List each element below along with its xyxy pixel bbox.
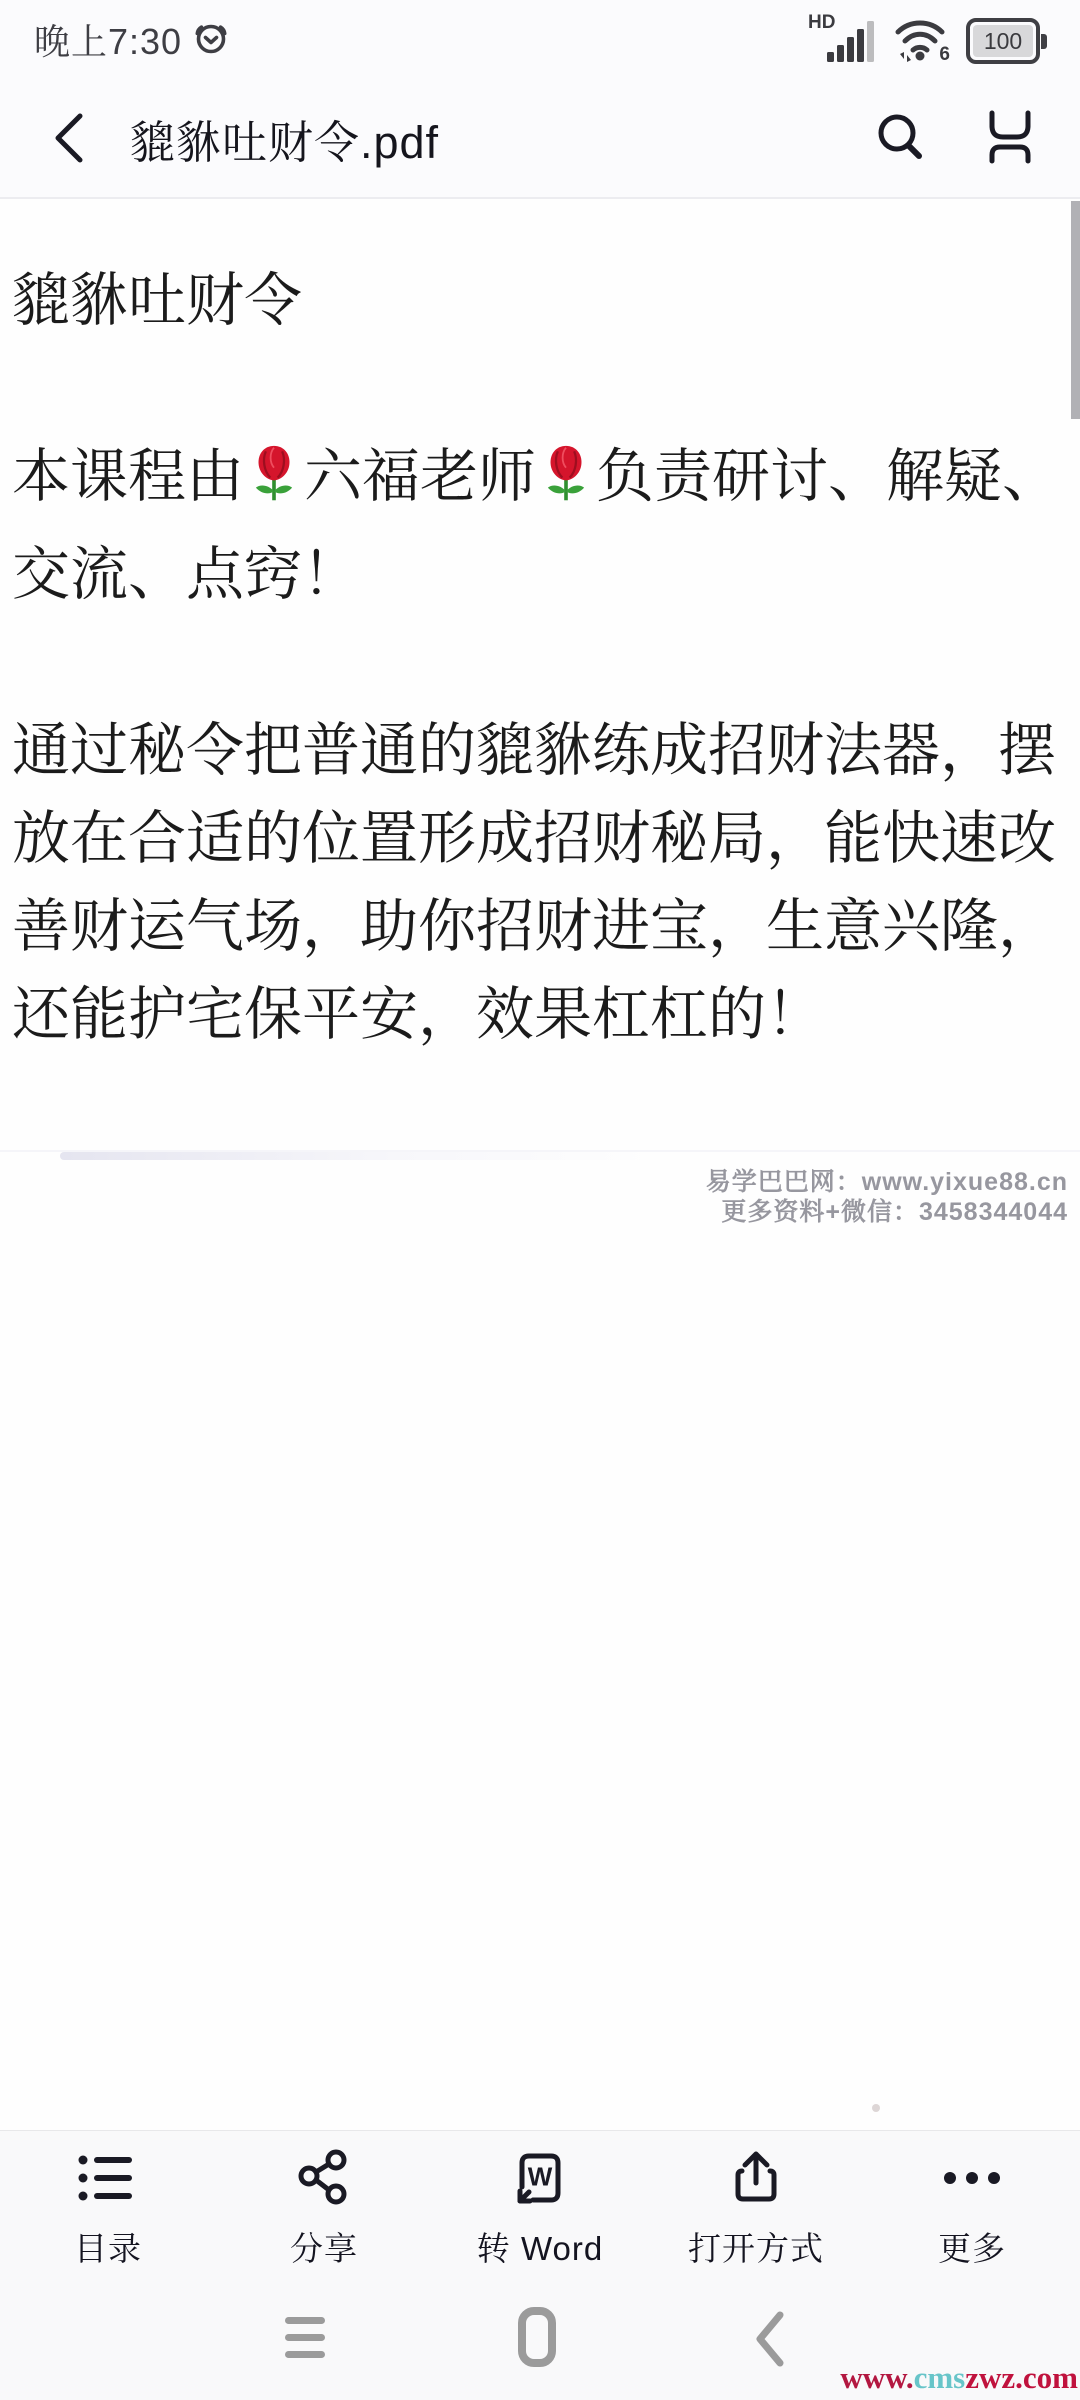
recents-button[interactable] [285,2317,325,2358]
battery-percent: 100 [984,28,1022,55]
more-button[interactable]: 更多 [864,2131,1080,2281]
nav-back-button[interactable] [752,2311,786,2372]
page-fold-shadow [60,1152,660,1160]
scrollbar[interactable] [1071,201,1080,419]
share-button[interactable]: 分享 [216,2131,432,2281]
doc-title: 貔貅吐财令 [12,257,1066,345]
word-letter: W [528,2161,553,2192]
pdf-page[interactable]: 貔貅吐财令 本课程由六福老师负责研讨、解疑、交流、点窍！ 通过秘令把普通的貔貅练… [0,199,1080,2130]
pdf-toolbar: 目录 分享 W [0,2131,1080,2281]
view-mode-icon[interactable] [984,109,1036,170]
search-icon[interactable] [872,108,928,171]
document-title-bar: 貔貅吐财令.pdf [130,106,439,171]
wifi6-label: 6 [939,44,950,66]
share-nodes-icon [296,2147,352,2209]
open-with-icon [728,2147,784,2209]
doc-paragraph-intro: 本课程由六福老师负责研讨、解疑、交流、点窍！ [12,433,1066,619]
convert-to-word-button[interactable]: W 转 Word [432,2131,648,2281]
toc-list-icon [77,2147,139,2209]
battery-icon: 100 [966,18,1040,64]
home-button[interactable] [518,2307,556,2367]
page-speck [872,2104,880,2112]
word-convert-icon: W [512,2147,568,2209]
status-bar: 晚上7:30 HD [0,0,1080,80]
more-dots-icon [937,2147,1007,2209]
clock-time: 晚上7:30 [34,14,182,65]
rose-icon [537,442,595,531]
rose-icon [245,442,303,531]
pdf-text-layer: 貔貅吐财令 本课程由六福老师负责研讨、解疑、交流、点窍！ 通过秘令把普通的貔貅练… [12,257,1066,1059]
site-watermark: www.cmszwz.com [840,2360,1078,2396]
toc-button[interactable]: 目录 [0,2131,216,2281]
doc-paragraph-body: 通过秘令把普通的貔貅练成招财法器，摆放在合适的位置形成招财秘局，能快速改善财运气… [12,707,1066,1059]
app-header: 貔貅吐财令.pdf [0,80,1080,197]
wifi-icon: 6 [892,14,948,64]
document-watermark: 易学巴巴网：www.yixue88.cn 更多资料+微信：3458344044 [706,1167,1068,1227]
open-with-button[interactable]: 打开方式 [648,2131,864,2281]
alarm-icon [192,18,230,61]
back-button[interactable] [44,110,96,166]
cellular-signal-icon: HD [808,12,874,64]
